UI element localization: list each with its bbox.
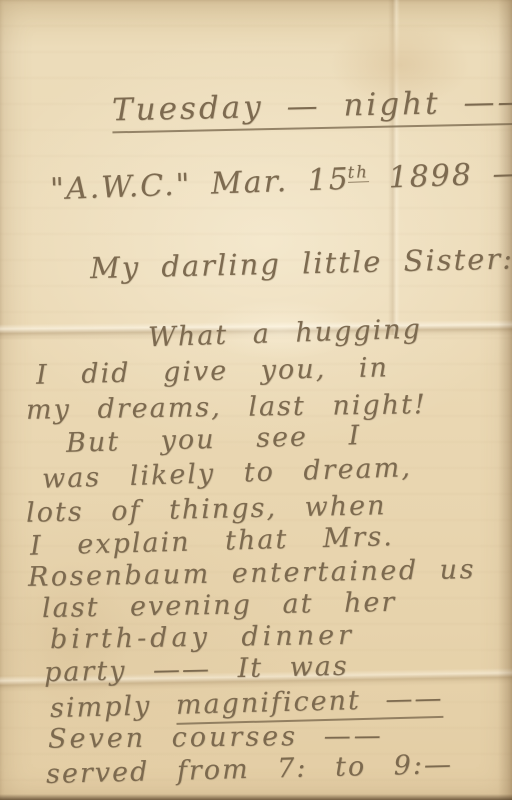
letter-line-underlined-text: magnificent —— [175, 683, 443, 725]
letter-line: my dreams, last night! [26, 389, 427, 426]
letter-line-text: simply [50, 690, 177, 724]
dateline-date: Mar. 15 [191, 162, 351, 203]
paper-edge-bottom [0, 794, 512, 800]
letter-line: birth-day dinner [50, 620, 355, 655]
dateline-ordinal: th [347, 162, 369, 183]
letter-line: last evening at her [42, 587, 397, 624]
dateline-year: 1898 — [368, 156, 512, 196]
dateline-location: "A.W.C." [50, 167, 192, 207]
letter-page: Tuesday — night —— "A.W.C." Mar. 15th 18… [0, 0, 512, 800]
letter-heading: Tuesday — night —— [112, 84, 512, 134]
letter-line: party —— It was [44, 651, 349, 688]
letter-line: Seven courses —— [48, 720, 384, 755]
